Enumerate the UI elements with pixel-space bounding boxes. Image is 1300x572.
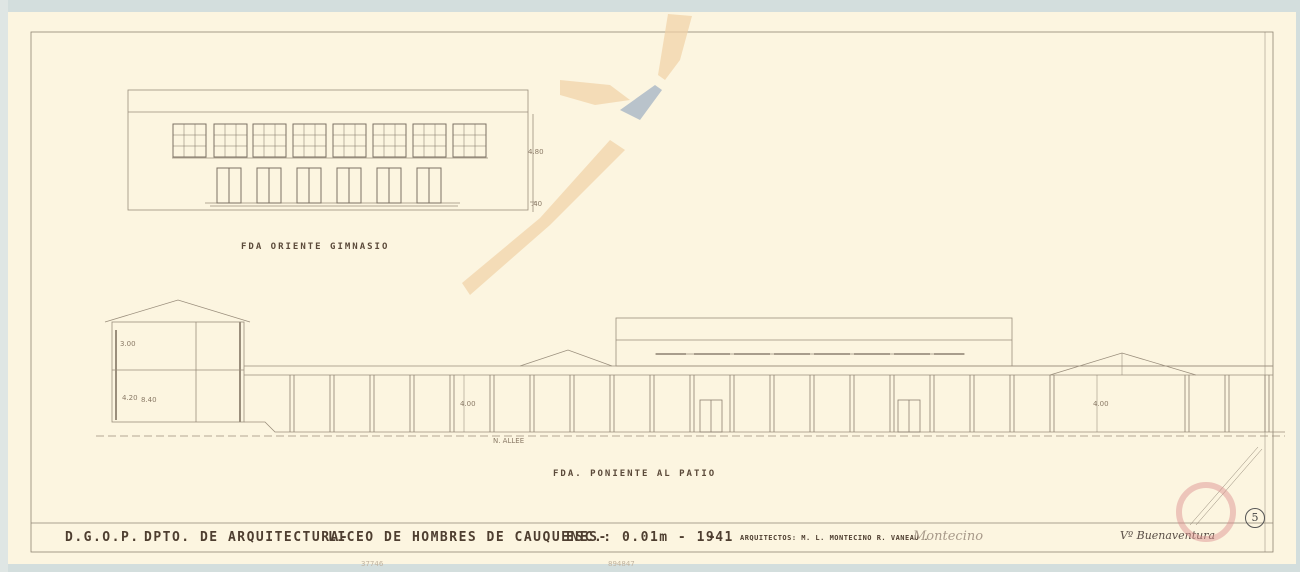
dim-gym-base: .40 [531, 200, 542, 208]
margin-note-right: 894847 [608, 560, 635, 568]
ground-level-label: N. ALLEE [493, 437, 524, 445]
dim-corridor-height: 4.00 [460, 400, 476, 408]
dim-section-upper: 3.00 [120, 340, 136, 348]
dim-section-lower: 4.20 [122, 394, 138, 402]
handwritten-signature: Montecino [913, 529, 983, 544]
dim-section-total: 8.40 [141, 396, 157, 404]
label-fda-oriente-gimnasio: FDA ORIENTE GIMNASIO [241, 242, 389, 252]
dim-gym-height: 4.80 [528, 148, 544, 156]
dim-pavilion-height: 4.00 [1093, 400, 1109, 408]
gym-windows [173, 124, 486, 157]
scan-edge [0, 0, 8, 572]
department-label: DPTO. DE ARQUITECTURA- [144, 530, 349, 545]
margin-note-left: 37746 [361, 560, 383, 568]
sheet-number-badge: 5 [1245, 508, 1265, 528]
label-fda-poniente-al-patio: FDA. PONIENTE AL PATIO [553, 469, 716, 479]
title-dash: - [708, 530, 717, 545]
drawing-sheet: 4.80 .40 FDA ORIENTE GIMNASIO 3.00 4.20 … [8, 12, 1296, 564]
architects-label: ARQUITECTOS: M. L. MONTECINO R. VANEAU . [740, 534, 929, 542]
agency-label: D.G.O.P. [65, 530, 140, 545]
tape-stain [462, 14, 692, 295]
drawing-linework [8, 12, 1296, 564]
gym-doors [217, 168, 441, 203]
archive-stamp [1176, 482, 1236, 542]
